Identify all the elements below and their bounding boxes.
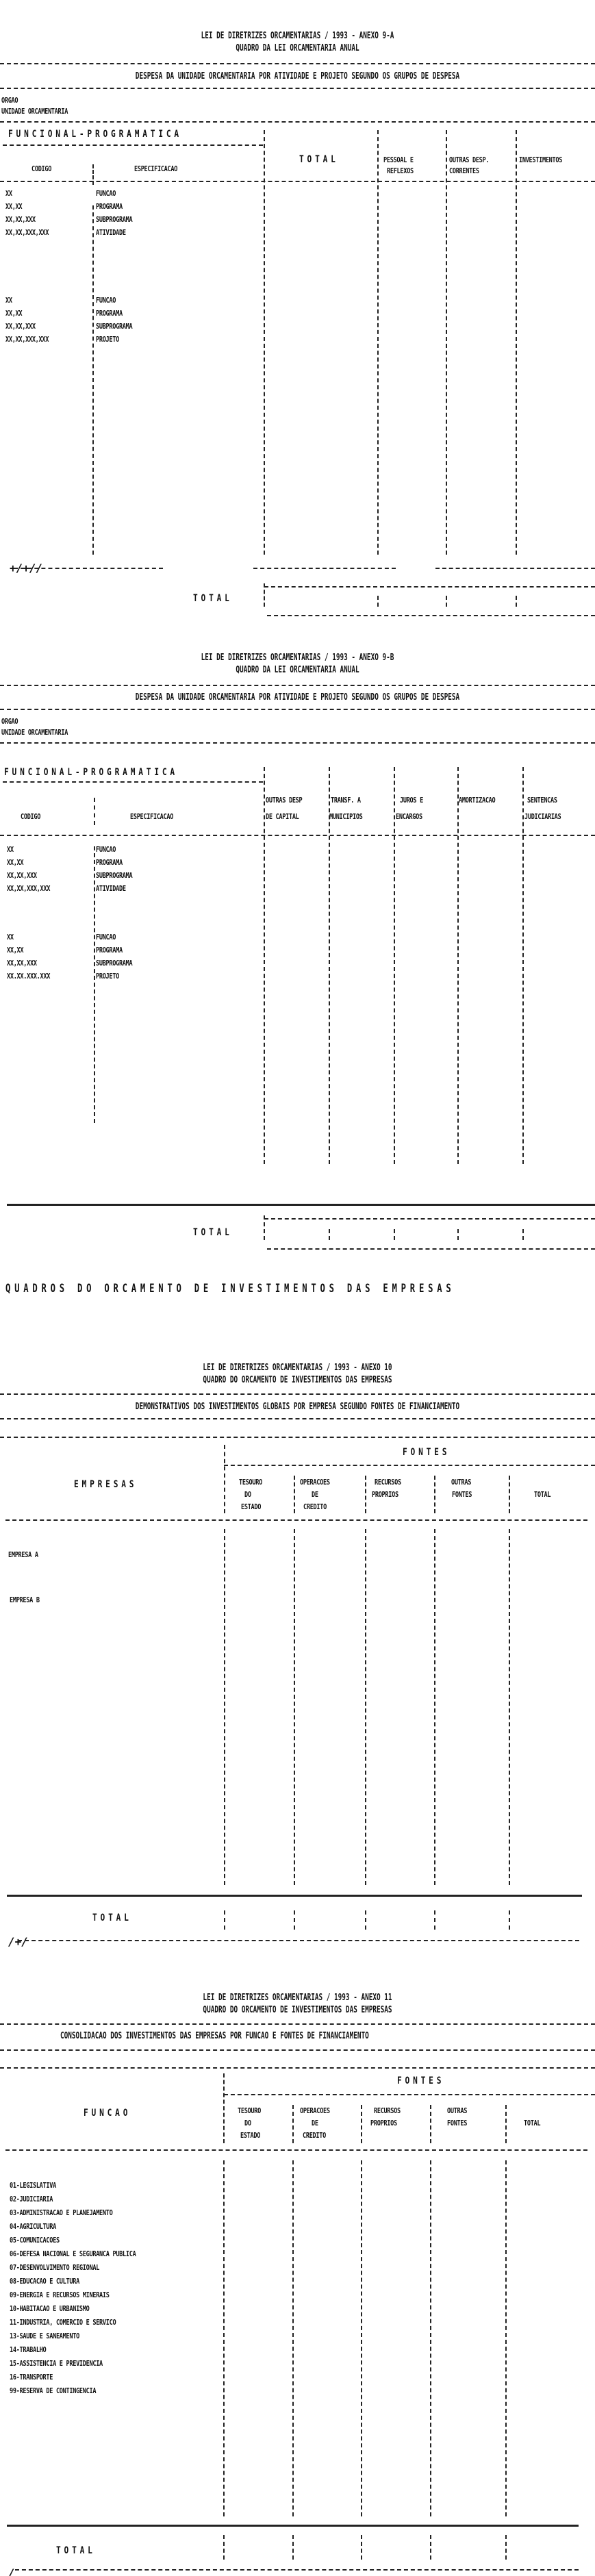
- column-rule: [329, 767, 330, 1164]
- orgao-label: ORGAO: [1, 717, 18, 726]
- divider: [267, 615, 595, 616]
- codigo-cell: XX,XX: [7, 858, 23, 867]
- section-banner: QUADROS DO ORCAMENTO DE INVESTIMENTOS DA…: [5, 1282, 455, 1296]
- column-rule: [361, 2160, 362, 2516]
- divider: [0, 742, 595, 744]
- divider: [15, 2569, 579, 2571]
- column-rule: [264, 130, 265, 555]
- fontes-header: FONTES: [397, 2075, 444, 2086]
- col-amortizacao: AMORTIZACAO: [459, 796, 495, 805]
- codigo-cell: XX,XX,XXX: [5, 322, 36, 331]
- column-rule: [294, 1476, 295, 1513]
- column-rule: [505, 2160, 507, 2516]
- codigo-cell: XX: [5, 189, 12, 198]
- col-recursos-2: PROPRIOS: [370, 2119, 397, 2127]
- column-rule: [377, 130, 379, 555]
- column-rule: [292, 2160, 294, 2516]
- column-rule: [434, 1529, 435, 1885]
- fontes-header: FONTES: [403, 1447, 450, 1458]
- funcional-programatica-header: FUNCIONAL-PROGRAMATICA: [8, 129, 182, 140]
- annex-11-subtitle-line: QUADRO DO ORCAMENTO DE INVESTIMENTOS DAS…: [84, 2005, 512, 2015]
- divider: [378, 181, 595, 182]
- col-investimentos: INVESTIMENTOS: [519, 155, 562, 164]
- column-rule: [434, 1910, 435, 1930]
- col-codigo: CODIGO: [21, 812, 40, 821]
- annex-9a-title: LEI DE DIRETRIZES ORCAMENTARIAS / 1993 -…: [84, 31, 512, 41]
- column-rule: [264, 767, 265, 1164]
- espec-cell: ATIVIDADE: [96, 228, 126, 237]
- column-rule: [446, 596, 447, 607]
- annex-9b-title: LEI DE DIRETRIZES ORCAMENTARIAS / 1993 -…: [84, 653, 512, 663]
- divider: [3, 144, 263, 146]
- column-rule: [224, 1529, 225, 1885]
- column-rule: [365, 1476, 366, 1513]
- col-transf-2: MUNICIPIOS: [329, 812, 363, 821]
- col-pessoal-2: REFLEXOS: [387, 166, 414, 175]
- column-rule: [361, 2105, 362, 2143]
- divider: [0, 2023, 595, 2025]
- orgao-label: ORGAO: [1, 96, 18, 105]
- divider: [224, 2094, 595, 2095]
- espec-cell: SUBPROGRAMA: [96, 215, 132, 224]
- espec-cell: FUNCAO: [96, 845, 116, 854]
- column-rule: [505, 2105, 507, 2143]
- column-rule: [264, 583, 265, 607]
- column-rule: [223, 2160, 225, 2516]
- espec-cell: FUNCAO: [96, 189, 116, 198]
- column-rule: [294, 1529, 295, 1885]
- total-label: TOTAL: [92, 1912, 132, 1923]
- col-recursos-2: PROPRIOS: [372, 1490, 398, 1499]
- codigo-cell: XX,XX: [5, 202, 22, 211]
- list-item: 15-ASSISTENCIA E PREVIDENCIA: [10, 2359, 136, 2373]
- col-total: TOTAL: [299, 154, 339, 165]
- espec-cell: PROGRAMA: [96, 946, 123, 955]
- column-rule: [434, 1476, 435, 1513]
- column-rule: [94, 846, 95, 1123]
- divider: [0, 181, 375, 182]
- divider: [7, 1204, 595, 1206]
- codigo-cell: XX,XX: [7, 946, 23, 955]
- divider: [0, 1418, 595, 1419]
- list-item: 01-LEGISLATIVA: [10, 2181, 136, 2195]
- empresa-row: EMPRESA B: [10, 1595, 40, 1604]
- column-rule: [394, 1229, 395, 1240]
- col-outras-2: FONTES: [452, 1490, 472, 1499]
- column-rule: [292, 2535, 294, 2560]
- col-tesouro-2: DO: [244, 1490, 251, 1499]
- column-rule: [223, 2535, 225, 2560]
- column-rule: [522, 767, 524, 1164]
- annex-9b-subtitle-line: QUADRO DA LEI ORCAMENTARIA ANUAL: [84, 665, 512, 675]
- col-juros-2: ENCARGOS: [396, 812, 422, 821]
- col-especificacao: ESPECIFICACAO: [130, 812, 173, 821]
- espec-cell: ATIVIDADE: [96, 884, 126, 893]
- codigo-cell: XX,XX,XXX: [5, 215, 36, 224]
- espec-cell: PROGRAMA: [96, 202, 123, 211]
- col-outras-capital-2: DE CAPITAL: [266, 812, 299, 821]
- list-item: 16-TRANSPORTE: [10, 2373, 136, 2386]
- divider: [0, 709, 595, 710]
- codigo-cell: XX.XX.XXX.XXX: [7, 972, 50, 981]
- divider: [0, 2067, 595, 2069]
- col-outras-1: OUTRAS DESP.: [449, 155, 489, 164]
- col-outras-2: CORRENTES: [449, 166, 479, 175]
- column-rule: [457, 767, 459, 1164]
- total-label: TOTAL: [193, 1227, 233, 1238]
- divider: [7, 2525, 579, 2527]
- unidade-label: UNIDADE ORCAMENTARIA: [1, 728, 68, 737]
- total-label: TOTAL: [56, 2545, 96, 2556]
- column-rule: [522, 1229, 524, 1240]
- column-rule: [223, 2073, 225, 2143]
- list-item: 05-COMUNICACOES: [10, 2236, 136, 2249]
- list-item: 06-DEFESA NACIONAL E SEGURANCA PUBLICA: [10, 2249, 136, 2263]
- col-recursos-1: RECURSOS: [374, 2106, 401, 2115]
- espec-cell: SUBPROGRAMA: [96, 322, 132, 331]
- col-operacoes-1: OPERACOES: [300, 2106, 330, 2115]
- funcional-programatica-header: FUNCIONAL-PROGRAMATICA: [4, 767, 178, 778]
- annex-9a-subtitle-line: QUADRO DA LEI ORCAMENTARIA ANUAL: [84, 43, 512, 53]
- col-outras-2: FONTES: [447, 2119, 467, 2127]
- col-tesouro-1: TESOURO: [239, 1478, 262, 1487]
- list-item: 14-TRABALHO: [10, 2345, 136, 2359]
- list-item: 13-SAUDE E SANEAMENTO: [10, 2332, 136, 2345]
- column-rule: [264, 1215, 265, 1240]
- col-empresas: EMPRESAS: [74, 1479, 137, 1490]
- espec-cell: FUNCAO: [96, 296, 116, 305]
- divider: [264, 1218, 595, 1220]
- col-transf-1: TRANSF. A: [331, 796, 361, 805]
- column-rule: [92, 164, 94, 185]
- column-rule: [329, 1229, 330, 1240]
- codigo-cell: XX,XX,XXX,XXX: [5, 228, 49, 237]
- divider: [0, 121, 595, 123]
- annex-10-title: LEI DE DIRETRIZES ORCAMENTARIAS / 1993 -…: [84, 1363, 512, 1373]
- divider: [3, 781, 263, 783]
- divider: [14, 568, 163, 569]
- col-sentencas-1: SENTENCAS: [527, 796, 557, 805]
- annex-9a-description: DESPESA DA UNIDADE ORCAMENTARIA POR ATIV…: [84, 71, 512, 81]
- list-item: 07-DESENVOLVIMENTO REGIONAL: [10, 2263, 136, 2277]
- column-rule: [430, 2105, 431, 2143]
- column-rule: [361, 2535, 362, 2560]
- annex-11-description: CONSOLIDACAO DOS INVESTIMENTOS DAS EMPRE…: [60, 2031, 369, 2041]
- divider: [0, 88, 595, 89]
- divider: [0, 2049, 595, 2051]
- col-codigo: CODIGO: [31, 164, 51, 173]
- strike-mark: /+/: [8, 1935, 28, 1948]
- divider: [7, 1895, 582, 1897]
- divider: [0, 1437, 595, 1438]
- divider: [224, 1465, 595, 1466]
- col-sentencas-2: JUDICIARIAS: [524, 812, 561, 821]
- list-item: 10-HABITACAO E URBANISMO: [10, 2304, 136, 2318]
- column-rule: [365, 1910, 366, 1930]
- col-funcao: FUNCAO: [84, 2108, 131, 2119]
- strike-mark: /: [8, 2566, 15, 2576]
- column-rule: [377, 596, 379, 607]
- divider: [0, 835, 595, 836]
- espec-cell: SUBPROGRAMA: [96, 959, 132, 968]
- column-rule: [92, 205, 94, 555]
- divider: [253, 568, 396, 569]
- list-item: 11-INDUSTRIA, COMERCIO E SERVICO: [10, 2318, 136, 2332]
- column-rule: [430, 2535, 431, 2560]
- col-tesouro-1: TESOURO: [238, 2106, 261, 2115]
- col-outras-1: OUTRAS: [451, 1478, 471, 1487]
- col-especificacao: ESPECIFICACAO: [134, 164, 177, 173]
- col-outras-capital-1: OUTRAS DESP: [266, 796, 302, 805]
- codigo-cell: XX: [7, 933, 14, 942]
- codigo-cell: XX,XX: [5, 309, 22, 318]
- column-rule: [516, 130, 517, 555]
- col-operacoes-2: DE: [312, 2119, 318, 2127]
- funcao-list: 01-LEGISLATIVA 02-JUDICIARIA 03-ADMINIST…: [10, 2181, 171, 2400]
- codigo-cell: XX,XX,XXX: [7, 959, 37, 968]
- column-rule: [457, 1229, 459, 1240]
- column-rule: [509, 1476, 510, 1513]
- column-rule: [509, 1529, 510, 1885]
- col-total: TOTAL: [534, 1490, 550, 1499]
- col-operacoes-2: DE: [312, 1490, 318, 1499]
- espec-cell: PROGRAMA: [96, 858, 123, 867]
- codigo-cell: XX,XX,XXX,XXX: [5, 335, 49, 344]
- codigo-cell: XX: [7, 845, 14, 854]
- list-item: 08-EDUCACAO E CULTURA: [10, 2277, 136, 2290]
- espec-cell: PROGRAMA: [96, 309, 123, 318]
- annex-11-title: LEI DE DIRETRIZES ORCAMENTARIAS / 1993 -…: [84, 1993, 512, 2003]
- col-juros-1: JUROS E: [400, 796, 423, 805]
- column-rule: [224, 1910, 225, 1930]
- column-rule: [505, 2535, 507, 2560]
- column-rule: [430, 2160, 431, 2516]
- divider: [267, 1248, 595, 1250]
- list-item: 03-ADMINISTRACAO E PLANEJAMENTO: [10, 2208, 136, 2222]
- column-rule: [365, 1529, 366, 1885]
- list-item: 99-RESERVA DE CONTINGENCIA: [10, 2386, 136, 2400]
- col-tesouro-3: ESTADO: [240, 2131, 260, 2140]
- divider: [18, 1940, 579, 1941]
- col-pessoal-1: PESSOAL E: [383, 155, 414, 164]
- column-rule: [224, 1445, 225, 1513]
- col-operacoes-3: CREDITO: [303, 2131, 326, 2140]
- col-outras-1: OUTRAS: [447, 2106, 467, 2115]
- col-tesouro-3: ESTADO: [241, 1502, 261, 1511]
- column-rule: [394, 767, 395, 1164]
- annex-10-subtitle-line: QUADRO DO ORCAMENTO DE INVESTIMENTOS DAS…: [84, 1375, 512, 1385]
- col-operacoes-3: CREDITO: [303, 1502, 327, 1511]
- unidade-label: UNIDADE ORCAMENTARIA: [1, 107, 68, 116]
- divider: [435, 568, 595, 569]
- divider: [5, 1519, 587, 1521]
- column-rule: [94, 798, 95, 825]
- divider: [5, 2149, 587, 2151]
- espec-cell: PROJETO: [96, 335, 119, 344]
- codigo-cell: XX,XX,XXX: [7, 871, 37, 880]
- col-tesouro-2: DO: [244, 2119, 251, 2127]
- divider: [264, 586, 595, 588]
- annex-10-description: DEMONSTRATIVOS DOS INVESTIMENTOS GLOBAIS…: [84, 1402, 512, 1412]
- col-recursos-1: RECURSOS: [375, 1478, 401, 1487]
- column-rule: [509, 1910, 510, 1930]
- column-rule: [446, 130, 447, 555]
- empresa-row: EMPRESA A: [8, 1550, 38, 1559]
- espec-cell: SUBPROGRAMA: [96, 871, 132, 880]
- annex-9b-description: DESPESA DA UNIDADE ORCAMENTARIA POR ATIV…: [84, 692, 512, 703]
- divider: [0, 63, 595, 64]
- column-rule: [516, 596, 517, 607]
- col-operacoes-1: OPERACOES: [300, 1478, 330, 1487]
- codigo-cell: XX,XX,XXX,XXX: [7, 884, 50, 893]
- espec-cell: FUNCAO: [96, 933, 116, 942]
- codigo-cell: XX: [5, 296, 12, 305]
- espec-cell: PROJETO: [96, 972, 119, 981]
- divider: [0, 1393, 595, 1395]
- total-label: TOTAL: [193, 593, 233, 604]
- divider: [0, 685, 595, 686]
- col-total: TOTAL: [524, 2119, 540, 2127]
- list-item: 04-AGRICULTURA: [10, 2222, 136, 2236]
- list-item: 02-JUDICIARIA: [10, 2195, 136, 2208]
- column-rule: [292, 2105, 294, 2143]
- list-item: 09-ENERGIA E RECURSOS MINERAIS: [10, 2290, 136, 2304]
- column-rule: [294, 1910, 295, 1930]
